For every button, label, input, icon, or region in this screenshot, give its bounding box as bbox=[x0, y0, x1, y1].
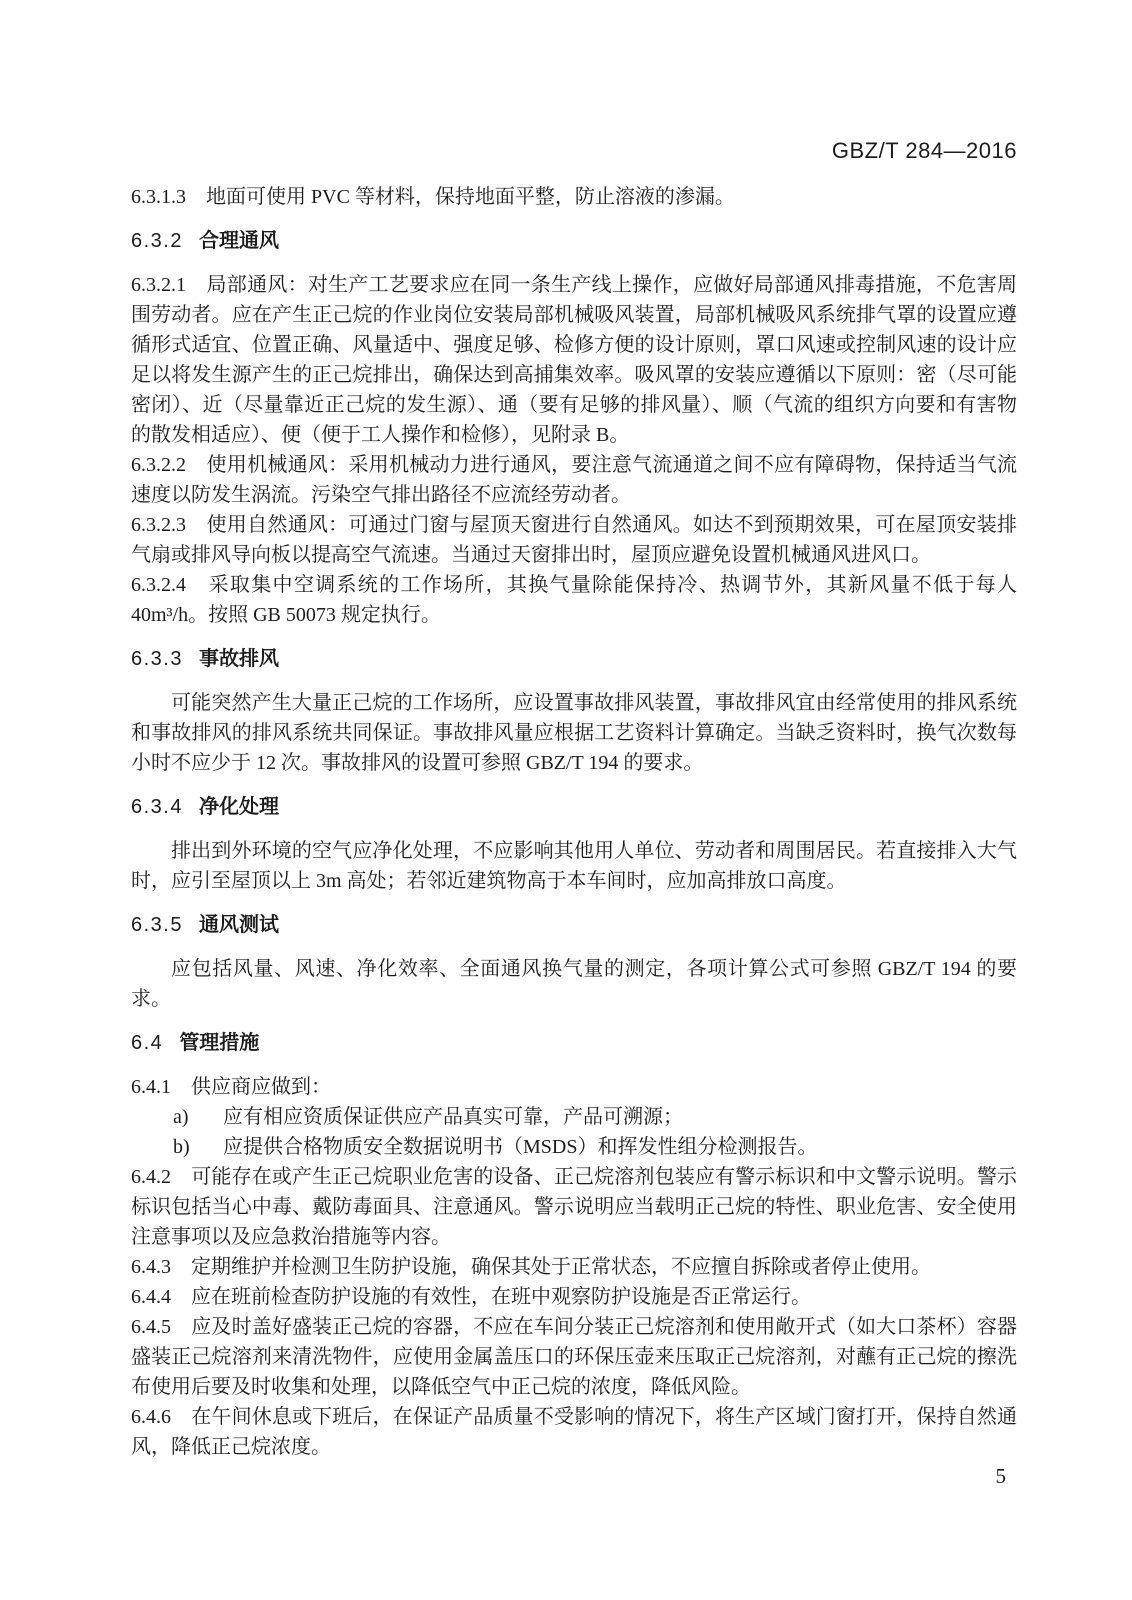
doc-code-header: GBZ/T 284—2016 bbox=[131, 138, 1017, 164]
clause-6-3-2-1: 6.3.2.1 局部通风：对生产工艺要求应在同一条生产线上操作，应做好局部通风排… bbox=[131, 270, 1017, 450]
paragraph-accident-exhaust: 可能突然产生大量正己烷的工作场所，应设置事故排风装置，事故排风宜由经常使用的排风… bbox=[131, 688, 1017, 778]
section-heading-6-4: 6.4管理措施 bbox=[131, 1028, 1017, 1058]
clause-6-3-2-2: 6.3.2.2 使用机械通风：采用机械动力进行通风，要注意气流通道之间不应有障碍… bbox=[131, 450, 1017, 510]
clause-6-4-1: 6.4.1 供应商应做到： bbox=[131, 1072, 1017, 1102]
section-title: 净化处理 bbox=[199, 796, 279, 818]
document-content: GBZ/T 284—2016 6.3.1.3 地面可使用 PVC 等材料，保持地… bbox=[131, 138, 1017, 1462]
list-item-text: 应有相应资质保证供应产品真实可靠，产品可溯源； bbox=[223, 1106, 683, 1128]
section-title: 事故排风 bbox=[199, 648, 279, 670]
list-item-text: 应提供合格物质安全数据说明书（MSDS）和挥发性组分检测报告。 bbox=[223, 1136, 817, 1158]
section-number: 6.3.4 bbox=[131, 796, 183, 818]
section-heading-6-3-3: 6.3.3事故排风 bbox=[131, 644, 1017, 674]
clause-6-4-2: 6.4.2 可能存在或产生正己烷职业危害的设备、正己烷溶剂包装应有警示标识和中文… bbox=[131, 1162, 1017, 1252]
clause-6-4-6: 6.4.6 在午间休息或下班后，在保证产品质量不受影响的情况下，将生产区域门窗打… bbox=[131, 1402, 1017, 1462]
section-title: 管理措施 bbox=[179, 1032, 259, 1054]
section-number: 6.3.5 bbox=[131, 914, 183, 936]
list-item-label: b) bbox=[173, 1132, 223, 1162]
clause-6-4-3: 6.4.3 定期维护并检测卫生防护设施，确保其处于正常状态，不应擅自拆除或者停止… bbox=[131, 1252, 1017, 1282]
clause-6-3-2-4: 6.3.2.4 采取集中空调系统的工作场所，其换气量除能保持冷、热调节外，其新风… bbox=[131, 570, 1017, 630]
list-item-a: a)应有相应资质保证供应产品真实可靠，产品可溯源； bbox=[131, 1102, 1017, 1132]
list-item-label: a) bbox=[173, 1102, 223, 1132]
paragraph-purification: 排出到外环境的空气应净化处理，不应影响其他用人单位、劳动者和周围居民。若直接排入… bbox=[131, 836, 1017, 896]
clause-6-3-1-3: 6.3.1.3 地面可使用 PVC 等材料，保持地面平整，防止溶液的渗漏。 bbox=[131, 182, 1017, 212]
clause-6-3-2-3: 6.3.2.3 使用自然通风：可通过门窗与屋顶天窗进行自然通风。如达不到预期效果… bbox=[131, 510, 1017, 570]
section-heading-6-3-5: 6.3.5通风测试 bbox=[131, 910, 1017, 940]
paragraph-ventilation-test: 应包括风量、风速、净化效率、全面通风换气量的测定，各项计算公式可参照 GBZ/T… bbox=[131, 954, 1017, 1014]
section-number: 6.3.3 bbox=[131, 648, 183, 670]
section-number: 6.4 bbox=[131, 1032, 163, 1054]
clause-6-4-5: 6.4.5 应及时盖好盛装正己烷的容器，不应在车间分装正己烷溶剂和使用敞开式（如… bbox=[131, 1312, 1017, 1402]
section-heading-6-3-4: 6.3.4净化处理 bbox=[131, 792, 1017, 822]
document-page: GBZ/T 284—2016 6.3.1.3 地面可使用 PVC 等材料，保持地… bbox=[0, 0, 1132, 1600]
clause-6-4-4: 6.4.4 应在班前检查防护设施的有效性，在班中观察防护设施是否正常运行。 bbox=[131, 1282, 1017, 1312]
section-title: 通风测试 bbox=[199, 914, 279, 936]
section-heading-6-3-2: 6.3.2合理通风 bbox=[131, 226, 1017, 256]
section-title: 合理通风 bbox=[199, 230, 279, 252]
list-item-b: b)应提供合格物质安全数据说明书（MSDS）和挥发性组分检测报告。 bbox=[131, 1132, 1017, 1162]
page-number: 5 bbox=[996, 1464, 1007, 1489]
section-number: 6.3.2 bbox=[131, 230, 183, 252]
